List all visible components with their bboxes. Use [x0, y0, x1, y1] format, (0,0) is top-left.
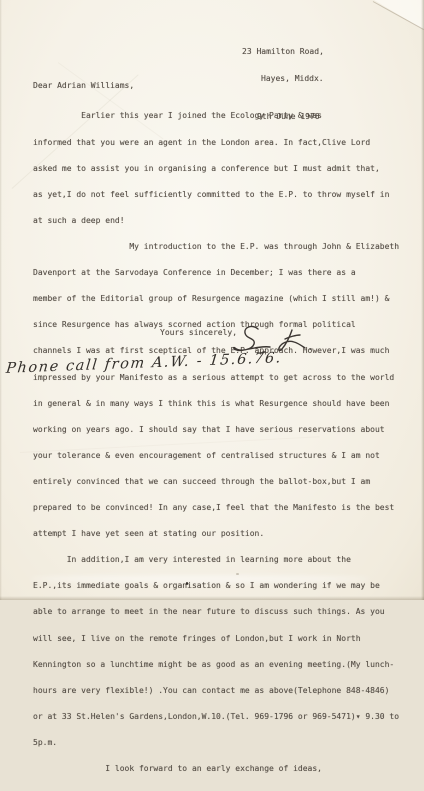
- letter-line: prepared to be convinced! In any case,I …: [33, 504, 413, 513]
- letter-line: impressed by your Manifesto as a serious…: [33, 374, 413, 383]
- letter-line: Davenport at the Sarvodaya Conference in…: [33, 269, 413, 278]
- letter-body: Earlier this year I joined the Ecology P…: [33, 95, 413, 600]
- letter-line: informed that you were an agent in the L…: [33, 139, 413, 148]
- letter-line: Earlier this year I joined the Ecology P…: [33, 112, 413, 121]
- letter-line: E.P.,its immediate goals & organisation …: [33, 582, 413, 591]
- letter-line: in general & in many ways I think this i…: [33, 400, 413, 409]
- sender-address-line2: Hayes, Middx.: [242, 74, 324, 83]
- letter-line: at such a deep end!: [33, 217, 413, 226]
- letter-line: asked me to assist you in organising a c…: [33, 165, 413, 174]
- valediction: Yours sincerely,: [160, 328, 237, 337]
- sender-address-line1: 23 Hamilton Road,: [242, 47, 324, 56]
- letter-line: member of the Editorial group of Resurge…: [33, 295, 413, 304]
- letter-line: In addition,I am very interested in lear…: [33, 556, 413, 565]
- salutation: Dear Adrian Williams,: [33, 81, 134, 90]
- letter-line: entirely convinced that we can succeed t…: [33, 478, 413, 487]
- letter-paper: 23 Hamilton Road, Hayes, Middx. 9th June…: [0, 0, 424, 600]
- paper-edge: [0, 596, 424, 600]
- paper-edge: [0, 0, 2, 600]
- letter-line: your tolerance & even encouragement of c…: [33, 452, 413, 461]
- letter-line: My introduction to the E.P. was through …: [33, 243, 413, 252]
- ink-dot: [186, 582, 188, 585]
- letter-line: attempt I have yet seen at stating our p…: [33, 530, 413, 539]
- letter-line: working on years ago. I should say that …: [33, 426, 413, 435]
- paper-speck: [236, 573, 239, 575]
- letter-line: as yet,I do not feel sufficiently commit…: [33, 191, 413, 200]
